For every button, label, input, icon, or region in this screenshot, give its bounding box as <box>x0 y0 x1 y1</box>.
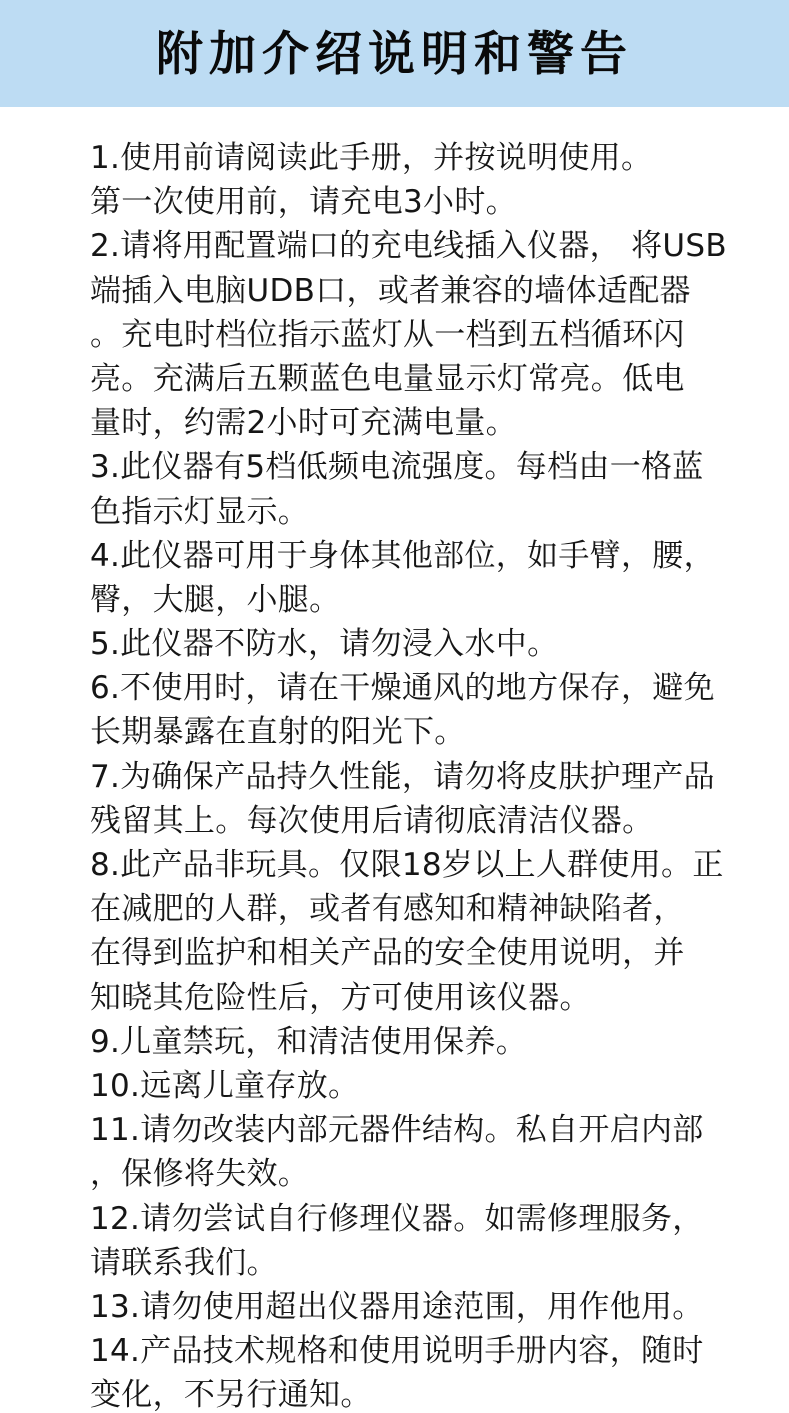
instruction-line: 2.请将用配置端口的充电线插入仪器， 将USB <box>90 224 770 268</box>
instruction-item-10: 10.远离儿童存放。 <box>90 1064 770 1108</box>
instruction-line: 3.此仪器有5档低频电流强度。每档由一格蓝 <box>90 445 770 489</box>
instruction-line: 色指示灯显示。 <box>90 490 770 534</box>
instruction-line: 亮。充满后五颗蓝色电量显示灯常亮。低电 <box>90 357 770 401</box>
instruction-line: 7.为确保产品持久性能，请勿将皮肤护理产品 <box>90 755 770 799</box>
instruction-item-7: 7.为确保产品持久性能，请勿将皮肤护理产品 残留其上。每次使用后请彻底清洁仪器。 <box>90 755 770 843</box>
instruction-item-3: 3.此仪器有5档低频电流强度。每档由一格蓝 色指示灯显示。 <box>90 445 770 533</box>
instruction-line: 知晓其危险性后，方可使用该仪器。 <box>90 976 770 1020</box>
instruction-item-9: 9.儿童禁玩，和清洁使用保养。 <box>90 1020 770 1064</box>
instruction-item-4: 4.此仪器可用于身体其他部位，如手臂，腰， 臀，大腿，小腿。 <box>90 534 770 622</box>
instruction-line: 变化，不另行通知。 <box>90 1373 770 1413</box>
instruction-line: 11.请勿改装内部元器件结构。私自开启内部 <box>90 1108 770 1152</box>
instruction-line: 5.此仪器不防水，请勿浸入水中。 <box>90 622 770 666</box>
instruction-item-5: 5.此仪器不防水，请勿浸入水中。 <box>90 622 770 666</box>
instruction-line: 。充电时档位指示蓝灯从一档到五档循环闪 <box>90 313 770 357</box>
instruction-line: ，保修将失效。 <box>90 1152 770 1196</box>
instruction-line: 臀，大腿，小腿。 <box>90 578 770 622</box>
instruction-line: 第一次使用前，请充电3小时。 <box>90 180 770 224</box>
instruction-line: 14.产品技术规格和使用说明手册内容，随时 <box>90 1329 770 1373</box>
instruction-line: 8.此产品非玩具。仅限18岁以上人群使用。正 <box>90 843 770 887</box>
instruction-line: 在减肥的人群，或者有感知和精神缺陷者， <box>90 887 770 931</box>
instruction-line: 12.请勿尝试自行修理仪器。如需修理服务， <box>90 1197 770 1241</box>
instruction-item-6: 6.不使用时，请在干燥通风的地方保存，避免 长期暴露在直射的阳光下。 <box>90 666 770 754</box>
instructions-list: 1.使用前请阅读此手册，并按说明使用。 第一次使用前，请充电3小时。 2.请将用… <box>90 136 770 1413</box>
instruction-line: 13.请勿使用超出仪器用途范围，用作他用。 <box>90 1285 770 1329</box>
instruction-line: 端插入电脑UDB口，或者兼容的墙体适配器 <box>90 269 770 313</box>
instruction-line: 6.不使用时，请在干燥通风的地方保存，避免 <box>90 666 770 710</box>
instruction-line: 4.此仪器可用于身体其他部位，如手臂，腰， <box>90 534 770 578</box>
instruction-item-12: 12.请勿尝试自行修理仪器。如需修理服务， 请联系我们。 <box>90 1197 770 1285</box>
instruction-item-8: 8.此产品非玩具。仅限18岁以上人群使用。正 在减肥的人群，或者有感知和精神缺陷… <box>90 843 770 1020</box>
instruction-line: 残留其上。每次使用后请彻底清洁仪器。 <box>90 799 770 843</box>
instruction-item-11: 11.请勿改装内部元器件结构。私自开启内部 ，保修将失效。 <box>90 1108 770 1196</box>
instruction-item-14: 14.产品技术规格和使用说明手册内容，随时 变化，不另行通知。 <box>90 1329 770 1413</box>
instruction-line: 9.儿童禁玩，和清洁使用保养。 <box>90 1020 770 1064</box>
instruction-line: 1.使用前请阅读此手册，并按说明使用。 <box>90 136 770 180</box>
instruction-line: 在得到监护和相关产品的安全使用说明，并 <box>90 931 770 975</box>
instruction-item-13: 13.请勿使用超出仪器用途范围，用作他用。 <box>90 1285 770 1329</box>
page-title: 附加介绍说明和警告 <box>156 17 633 84</box>
header-banner: 附加介绍说明和警告 <box>0 0 789 107</box>
instruction-item-1: 1.使用前请阅读此手册，并按说明使用。 第一次使用前，请充电3小时。 <box>90 136 770 224</box>
instruction-line: 请联系我们。 <box>90 1241 770 1285</box>
instruction-line: 长期暴露在直射的阳光下。 <box>90 710 770 754</box>
instruction-line: 10.远离儿童存放。 <box>90 1064 770 1108</box>
instruction-item-2: 2.请将用配置端口的充电线插入仪器， 将USB 端插入电脑UDB口，或者兼容的墙… <box>90 224 770 445</box>
instruction-line: 量时，约需2小时可充满电量。 <box>90 401 770 445</box>
